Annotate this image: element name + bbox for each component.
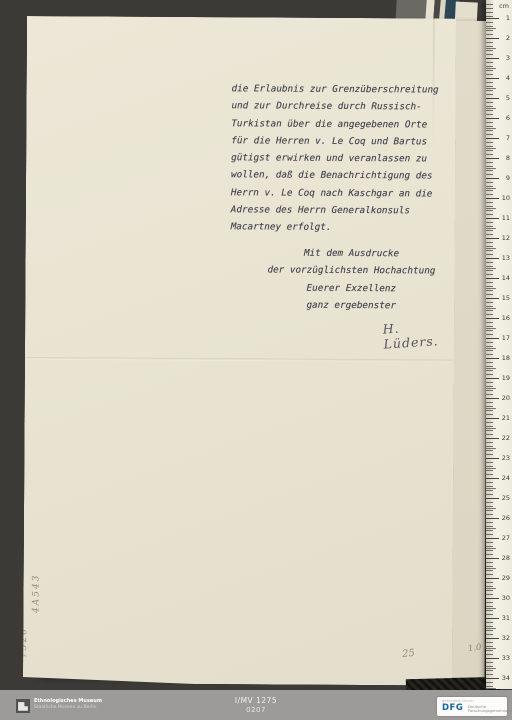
ruler-major-tick [486, 178, 499, 179]
ruler-half-tick [486, 88, 496, 89]
ruler-major-tick [486, 118, 499, 119]
ruler-half-tick [486, 388, 496, 389]
ruler-number: 7 [506, 134, 510, 142]
ruler-major-tick [486, 578, 499, 579]
ruler-number: 31 [502, 614, 510, 622]
ruler-number: 17 [502, 334, 510, 342]
ruler-half-tick [486, 168, 496, 169]
ruler-major-tick [486, 518, 499, 519]
ruler-number: 28 [502, 554, 510, 562]
ruler-number: 10 [502, 194, 510, 202]
ruler-major-tick [486, 278, 499, 279]
ruler-number: 25 [502, 494, 510, 502]
ruler-number: 11 [502, 214, 510, 222]
ruler-major-tick [486, 398, 499, 399]
dfg-logo: gefördert durch DFG Deutsche Forschungsg… [437, 697, 507, 716]
letter-closing-line: ganz ergebenster [244, 296, 458, 315]
ruler-major-tick [486, 318, 499, 319]
ruler-major-tick [486, 418, 499, 419]
ruler-number: 13 [502, 254, 510, 262]
ruler-number: 19 [502, 374, 510, 382]
ruler-major-tick [486, 658, 499, 659]
fold-crease [25, 357, 454, 363]
letter-body-line: Herrn v. Le Coq nach Kaschgar an die [231, 184, 461, 203]
ruler-half-tick [486, 648, 496, 649]
ruler-half-tick [486, 568, 496, 569]
ruler-number: 4 [506, 74, 510, 82]
ruler-half-tick [486, 528, 496, 529]
ruler-half-tick [486, 308, 496, 309]
ruler-major-tick [486, 218, 499, 219]
letter-body-line: Adresse des Herrn Generalkonsuls [231, 201, 461, 220]
ruler-major-tick [486, 458, 499, 459]
letter-body-line: wollen, daß die Benachrichtigung des [231, 167, 461, 186]
ruler-major-tick [486, 638, 499, 639]
letter-body-line: Turkistan über die angegebenen Orte [231, 115, 461, 134]
ruler-number: 8 [506, 154, 510, 162]
ruler-half-tick [486, 588, 496, 589]
ruler-number: 5 [506, 94, 510, 102]
pencil-margin-code: 7320 [19, 602, 29, 658]
letter-closing-line: Mit dem Ausdrucke [245, 244, 459, 263]
ruler-major-tick [486, 438, 499, 439]
ruler-half-tick [486, 28, 496, 29]
letter-body: die Erlaubnis zur Grenzüberschreitungund… [231, 80, 462, 237]
shelfmark: I/MV 1275 [0, 696, 512, 705]
dfg-name-line2: Forschungsgemeinschaft [468, 709, 512, 713]
ruler-major-tick [486, 38, 499, 39]
ruler-cm-mark: 34 [486, 678, 512, 689]
ruler-number: 1 [506, 14, 510, 22]
ruler-number: 2 [506, 34, 510, 42]
ruler-half-tick [486, 548, 496, 549]
ruler-half-tick [486, 108, 496, 109]
ruler-number: 22 [502, 434, 510, 442]
ruler-number: 26 [502, 514, 510, 522]
ruler-half-tick [486, 188, 496, 189]
ruler-major-tick [486, 378, 499, 379]
ruler-major-tick [486, 258, 499, 259]
ruler-number: 14 [502, 274, 510, 282]
ruler-unit-label: cm [499, 2, 509, 10]
ruler-number: 9 [506, 174, 510, 182]
letter-sheet: die Erlaubnis zur Grenzüberschreitungund… [23, 16, 456, 686]
archival-scan: die Erlaubnis zur Grenzüberschreitungund… [0, 0, 512, 720]
ruler-half-tick [486, 468, 496, 469]
ruler-number: 23 [502, 454, 510, 462]
cm-ruler: cm 1234567891011121314151617181920212223… [486, 0, 512, 689]
ruler-number: 16 [502, 314, 510, 322]
ruler-major-tick [486, 598, 499, 599]
letter-body-line: Macartney erfolgt. [231, 219, 461, 238]
ruler-major-tick [486, 138, 499, 139]
dfg-acronym: DFG [442, 703, 463, 713]
ruler-half-tick [486, 508, 496, 509]
ruler-major-tick [486, 238, 499, 239]
ruler-half-tick [486, 48, 496, 49]
letter-closing-line: der vorzüglichsten Hochachtung [244, 262, 458, 281]
ruler-minor-ticks [486, 4, 493, 18]
ruler-major-tick [486, 338, 499, 339]
ruler-half-tick [486, 688, 496, 689]
ruler-number: 20 [502, 394, 510, 402]
ruler-number: 24 [502, 474, 510, 482]
letter-closing-line: Euerer Exzellenz [244, 279, 458, 298]
ruler-half-tick [486, 368, 496, 369]
ruler-major-tick [486, 98, 499, 99]
handwritten-signature: H. Lüders. [382, 317, 455, 351]
ruler-major-tick [486, 678, 499, 679]
ruler-half-tick [486, 248, 496, 249]
ruler-major-tick [486, 498, 499, 499]
ruler-major-tick [486, 198, 499, 199]
ruler-number: 29 [502, 574, 510, 582]
dfg-full-name: Deutsche Forschungsgemeinschaft [468, 705, 512, 714]
pencil-margin-code: 4A543 [31, 533, 41, 613]
ruler-half-tick [486, 448, 496, 449]
ruler-number: 15 [502, 294, 510, 302]
ruler-half-tick [486, 488, 496, 489]
ruler-major-tick [486, 478, 499, 479]
ruler-major-tick [486, 298, 499, 299]
letter-closing: Mit dem Ausdruckeder vorzüglichsten Hoch… [244, 244, 458, 314]
ruler-major-tick [486, 78, 499, 79]
ruler-major-tick [486, 538, 499, 539]
ruler-half-tick [486, 668, 496, 669]
ruler-number: 32 [502, 634, 510, 642]
ruler-number: 33 [502, 654, 510, 662]
footer-bar: Ethnologisches Museum Staatliche Museen … [0, 690, 512, 720]
ruler-half-tick [486, 608, 496, 609]
ruler-major-tick [486, 618, 499, 619]
ruler-major-tick [486, 158, 499, 159]
ruler-number: 6 [506, 114, 510, 122]
ruler-major-tick [486, 558, 499, 559]
ruler-half-tick [486, 208, 496, 209]
ruler-half-tick [486, 68, 496, 69]
ruler-number: 18 [502, 354, 510, 362]
ruler-half-tick [486, 428, 496, 429]
letter-body-line: für die Herren v. Le Coq und Bartus [231, 132, 461, 151]
ruler-number: 27 [502, 534, 510, 542]
ruler-half-tick [486, 148, 496, 149]
ruler-major-tick [486, 58, 499, 59]
ruler-half-tick [486, 408, 496, 409]
ruler-number: 34 [502, 674, 510, 682]
ruler-number: 30 [502, 594, 510, 602]
ruler-half-tick [486, 228, 496, 229]
ruler-major-tick [486, 358, 499, 359]
ruler-half-tick [486, 268, 496, 269]
ruler-half-tick [486, 288, 496, 289]
scan-number: 0207 [0, 706, 512, 714]
letter-body-line: und zur Durchreise durch Russisch- [231, 98, 461, 117]
ruler-half-tick [486, 628, 496, 629]
ruler-number: 12 [502, 234, 510, 242]
ruler-half-tick [486, 348, 496, 349]
ruler-number: 3 [506, 54, 510, 62]
letter-body-line: gütigst erwirken und veranlassen zu [231, 149, 461, 168]
pencil-mark: 25 [402, 648, 416, 660]
ruler-major-tick [486, 18, 499, 19]
letter-body-line: die Erlaubnis zur Grenzüberschreitung [232, 80, 462, 99]
ruler-half-tick [486, 328, 496, 329]
ruler-number: 21 [502, 414, 510, 422]
ruler-half-tick [486, 128, 496, 129]
